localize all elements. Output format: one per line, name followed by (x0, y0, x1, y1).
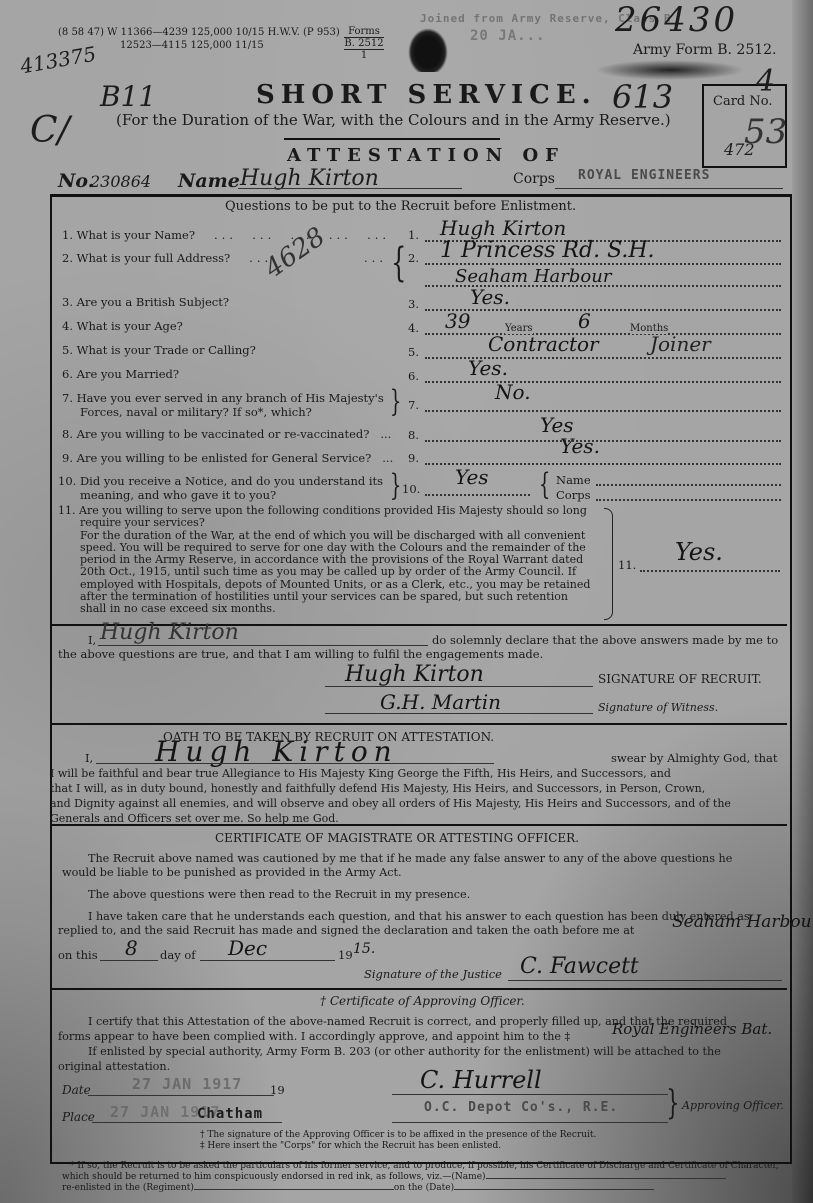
magistrate-day: 8 (125, 936, 138, 960)
brace-11 (604, 508, 613, 620)
officer-stamp-line (392, 1122, 668, 1123)
attestation-heading: ATTESTATION OF (287, 145, 565, 166)
regimental-number: 230864 (90, 172, 151, 191)
month-line (200, 960, 335, 961)
question-7: 7. Have you ever served in any branch of… (62, 391, 384, 405)
question-9: 9. Are you willing to be enlisted for Ge… (62, 451, 393, 465)
answer-10: Yes (455, 465, 489, 489)
print-codes-line1: (8 58 47) W 11366—4239 125,000 10/15 H.W… (58, 27, 340, 38)
answer-line-6 (425, 381, 781, 383)
declaration-prefix: I, (88, 633, 96, 647)
star-footnote: * If so, the Recruit is to be asked the … (62, 1161, 802, 1194)
royal-crest-icon (408, 28, 448, 72)
oath-rule (52, 723, 787, 725)
answer-5-extra: Joiner (650, 332, 711, 356)
magistrate-heading: CERTIFICATE OF MAGISTRATE OR ATTESTING O… (215, 831, 579, 845)
handwritten-left-number: 413375 (18, 42, 97, 79)
handwritten-left-code: B11 (100, 80, 156, 113)
title-rule (284, 138, 500, 140)
answer-11: Yes. (675, 538, 723, 566)
answer-num-6: 6. (408, 369, 419, 383)
sub-name-line (596, 484, 781, 486)
answer-4-months: 6 (578, 309, 591, 333)
question-10-line2: meaning, and who gave it to you? (80, 488, 276, 502)
answer-num-2: 2. (408, 251, 419, 265)
date-label: Date (62, 1083, 91, 1097)
answer-2: 1 Princess Rd. S.H. (440, 238, 655, 263)
form-subtitle: (For the Duration of the War, with the C… (116, 111, 671, 129)
officer-signature: C. Hurrell (420, 1066, 542, 1094)
question-2: 2. What is your full Address? ... ... (62, 251, 387, 265)
name-underline (238, 188, 462, 189)
answer-7: No. (495, 380, 531, 404)
witness-signature-label: Signature of Witness. (598, 701, 718, 714)
answer-num-1: 1. (408, 228, 419, 242)
answer-line-3 (425, 309, 781, 311)
approving-rule (52, 988, 787, 990)
year-prefix: 19 (338, 948, 353, 962)
answer-line-2 (425, 263, 781, 265)
army-form-label: Army Form B. 2512. (633, 42, 777, 58)
question-1: 1. What is your Name? ... ... ... ... ..… (62, 228, 390, 242)
sub-corps-label: Corps (556, 488, 590, 502)
officer-signature-line (392, 1094, 668, 1095)
justice-label: Signature of the Justice (364, 967, 502, 981)
brace-7: } (390, 387, 401, 417)
answer-line-10 (425, 494, 530, 496)
recruit-signature-label: SIGNATURE OF RECRUIT. (598, 672, 762, 686)
date-stamp: 27 JAN 1917 (132, 1075, 242, 1093)
brace-10: } (390, 471, 401, 501)
forms-block: Forms B. 2512 1 (344, 26, 384, 61)
card-number-box: Card No. 4 53 472 (702, 84, 787, 168)
forms-sub: 1 (344, 50, 384, 61)
oath-text: I will be faithful and bear true Allegia… (50, 766, 787, 826)
declaration-name: Hugh Kirton (100, 620, 239, 645)
justice-signature: C. Fawcett (520, 954, 639, 979)
answer-line-11 (640, 570, 780, 572)
answer-num-11: 11. (618, 558, 636, 572)
brace-10b: { (539, 470, 550, 500)
joined-stamp-date: 20 JA... (470, 28, 545, 44)
year-suffix: 15. (353, 941, 375, 957)
appointed-to: Royal Engineers Bat. (612, 1020, 772, 1038)
recruit-signature-line (325, 686, 593, 687)
place-line (92, 1122, 282, 1123)
declaration-name-line (98, 645, 428, 646)
day-line (100, 960, 158, 961)
answer-num-9: 9. (408, 451, 419, 465)
approving-heading: † Certificate of Approving Officer. (320, 994, 525, 1008)
question-3: 3. Are you a British Subject? (62, 295, 229, 309)
corps-value: ROYAL ENGINEERS (578, 168, 710, 183)
question-11: 11. Are you willing to serve upon the fo… (58, 505, 603, 616)
magistrate-rule (52, 824, 787, 826)
corps-label: Corps (513, 171, 555, 187)
on-this-label: on this (58, 948, 98, 962)
name-label: Name (178, 170, 240, 192)
corps-underline (555, 188, 783, 189)
date-year-prefix: 19 (270, 1083, 285, 1097)
place-label: Place (62, 1110, 95, 1124)
answer-3: Yes. (470, 285, 510, 309)
answer-6: Yes. (468, 356, 508, 380)
question-10: 10. Did you receive a Notice, and do you… (58, 474, 383, 488)
answer-num-10: 10. (402, 482, 420, 496)
document-page: (8 58 47) W 11366—4239 125,000 10/15 H.W… (0, 0, 813, 1203)
answer-1: Hugh Kirton (440, 216, 566, 240)
box-footnotes: † The signature of the Approving Officer… (200, 1130, 596, 1152)
answer-num-7: 7. (408, 398, 419, 412)
card-no-value-3: 472 (724, 140, 755, 159)
declaration-text-2: the above questions are true, and that I… (58, 647, 543, 661)
card-no-value-1: 4 (756, 64, 775, 99)
question-8: 8. Are you willing to be vaccinated or r… (62, 427, 391, 441)
handwritten-top-number: 26430 (615, 0, 738, 40)
forms-label: Forms (344, 26, 384, 38)
oath-prefix: I, (85, 751, 93, 765)
answer-line-4 (425, 333, 781, 335)
answer-num-8: 8. (408, 428, 419, 442)
witness-signature-line (325, 713, 593, 714)
answer-5: Contractor (488, 332, 599, 356)
answer-4-years: 39 (445, 309, 470, 333)
question-6: 6. Are you Married? (62, 367, 179, 381)
brace-2: { (391, 248, 406, 278)
forms-number: B. 2512 (344, 38, 384, 50)
answer-num-5: 5. (408, 345, 419, 359)
place-value: Chatham (197, 1106, 263, 1122)
questions-heading: Questions to be put to the Recruit befor… (225, 199, 576, 214)
oath-text-first: swear by Almighty God, that (611, 751, 777, 765)
answer-2-line2: Seaham Harbour (455, 266, 611, 287)
day-of-label: day of (160, 948, 196, 962)
answer-9: Yes. (560, 434, 600, 458)
justice-line (508, 980, 782, 981)
answer-num-4: 4. (408, 321, 419, 335)
witness-signature: G.H. Martin (380, 690, 501, 714)
magistrate-month: Dec (228, 936, 267, 960)
sub-name-label: Name (556, 473, 591, 487)
print-codes-line2: 12523—4115 125,000 11/15 (120, 40, 264, 51)
page-edge-shadow (792, 0, 813, 1203)
declaration-text-1: do solemnly declare that the above answe… (432, 633, 778, 647)
question-5: 5. What is your Trade or Calling? (62, 343, 256, 357)
recruit-signature: Hugh Kirton (345, 662, 484, 687)
officer-stamp: O.C. Depot Co's., R.E. (424, 1100, 618, 1115)
form-title: SHORT SERVICE. (256, 80, 597, 110)
handwritten-c-mark: C/ (30, 110, 70, 151)
date-line (88, 1095, 274, 1096)
sub-corps-line (596, 499, 781, 501)
answer-line-7 (425, 410, 781, 412)
answer-line-8 (425, 440, 781, 442)
answer-num-3: 3. (408, 297, 419, 311)
ink-smudge (595, 60, 745, 80)
no-label: No. (58, 170, 94, 192)
question-7-line2: Forces, naval or military? If so*, which… (80, 405, 312, 419)
approving-label: Approving Officer. (682, 1099, 784, 1112)
approving-brace: } (666, 1088, 679, 1118)
oath-name-line (96, 763, 494, 764)
question-4: 4. What is your Age? (62, 319, 183, 333)
